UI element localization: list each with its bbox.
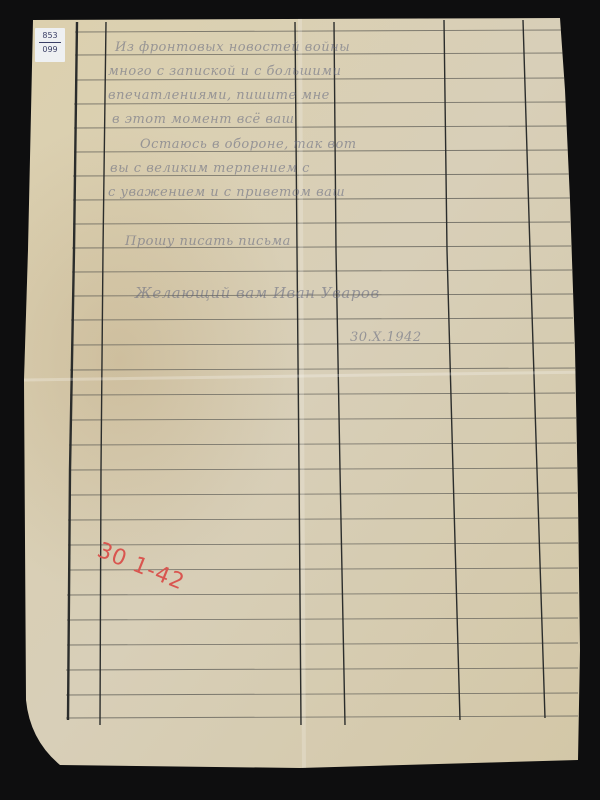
handwritten-line: с уважением и с приветом ваш (108, 185, 345, 200)
archive-label: 853 099 (35, 28, 65, 62)
archive-number-top: 853 (39, 28, 61, 43)
handwritten-line: вы с великим терпением с (110, 161, 310, 176)
handwritten-line: в этот момент всё ваш (112, 112, 295, 127)
handwritten-line: Остаюсь в обороне, так вот (140, 137, 357, 152)
handwritten-line: Прошу писать письма (125, 234, 291, 249)
document-photo (0, 0, 600, 800)
handwritten-line: впечатлениями, пишите мне (108, 88, 330, 103)
archive-number-bottom: 099 (35, 43, 65, 54)
signature-date: 30.X.1942 (350, 330, 422, 345)
signature-line: Желающий вам Иван Уваров (135, 284, 380, 302)
handwritten-line: Из фронтовых новостей войны (115, 40, 350, 55)
handwritten-line: много с запиской и с большими (108, 64, 341, 79)
